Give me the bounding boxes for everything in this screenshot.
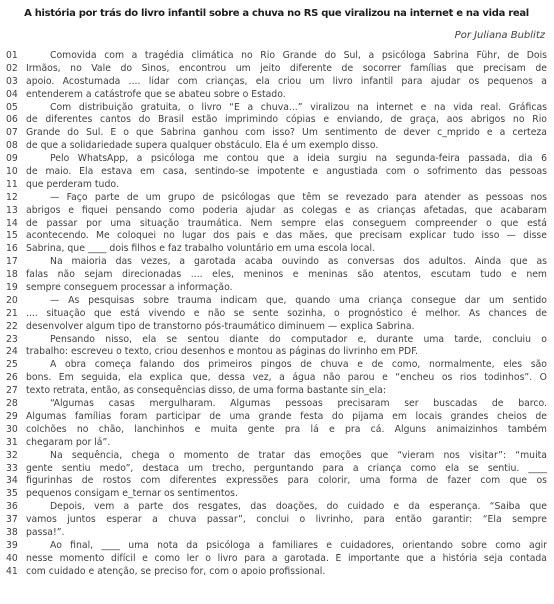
line-text: Com distribuição gratuita, o livro “E a … bbox=[26, 102, 547, 115]
text-line: 07 Grande do Sul. E o que Sabrina ganhou… bbox=[6, 127, 547, 140]
text-line: 15 acontecendo. Me coloquei no lugar dos… bbox=[6, 230, 547, 243]
line-text: — As pesquisas sobre trauma indicam que,… bbox=[26, 295, 547, 308]
line-text: de diferentes cantos do Brasil estão imp… bbox=[26, 114, 547, 127]
text-line: 30 colchões no chão, lanchinhos e muita … bbox=[6, 424, 547, 437]
line-number: 37 bbox=[6, 514, 26, 527]
line-number: 15 bbox=[6, 230, 26, 243]
text-line: 38 passa!”. bbox=[6, 527, 547, 540]
line-number: 12 bbox=[6, 192, 26, 205]
line-text: Depois, vem a parte dos resgates, das do… bbox=[26, 501, 547, 514]
line-text: Sabrina, que ____ dois filhos e faz trab… bbox=[26, 243, 547, 256]
line-text: texto retrata, então, as consequências d… bbox=[26, 385, 547, 398]
line-text: que perderam tudo. bbox=[26, 179, 547, 192]
line-text: Pelo WhatsApp, a psicóloga me contou que… bbox=[26, 153, 547, 166]
line-number: 34 bbox=[6, 475, 26, 488]
line-number: 33 bbox=[6, 463, 26, 476]
line-text: passa!”. bbox=[26, 527, 547, 540]
text-line: 36 Depois, vem a parte dos resgates, das… bbox=[6, 501, 547, 514]
line-number: 17 bbox=[6, 256, 26, 269]
line-number: 18 bbox=[6, 269, 26, 282]
line-text: apoio. Acostumada .... lidar com criança… bbox=[26, 76, 547, 89]
line-text: falas não sejam direcionadas .... eles, … bbox=[26, 269, 547, 282]
text-line: 03 apoio. Acostumada .... lidar com cria… bbox=[6, 76, 547, 89]
line-number: 10 bbox=[6, 166, 26, 179]
line-number: 41 bbox=[6, 566, 26, 579]
line-number: 23 bbox=[6, 334, 26, 347]
line-number: 06 bbox=[6, 114, 26, 127]
text-line: 27 texto retrata, então, as consequência… bbox=[6, 385, 547, 398]
line-text: figurinhas de rostos com diferentes expr… bbox=[26, 475, 547, 488]
text-line: 22 desenvolver algum tipo de transtorno … bbox=[6, 321, 547, 334]
text-line: 28 “Algumas casas mergulharam. Algumas p… bbox=[6, 398, 547, 411]
text-line: 31 chegaram por lá”. bbox=[6, 437, 547, 450]
document-page: A história por trás do livro infantil so… bbox=[0, 0, 554, 604]
text-line: 32 Na sequência, chega o momento de trat… bbox=[6, 450, 547, 463]
text-line: 35 pequenos consigam e_ternar os sentime… bbox=[6, 488, 547, 501]
line-number: 05 bbox=[6, 102, 26, 115]
line-text: Na sequência, chega o momento de tratar … bbox=[26, 450, 547, 463]
line-number: 30 bbox=[6, 424, 26, 437]
text-line: 41 com cuidado e atenção, se preciso for… bbox=[6, 566, 547, 579]
line-text: acontecendo. Me coloquei no lugar dos pa… bbox=[26, 230, 547, 243]
text-line: 37 vamos juntos esperar a chuva passar”,… bbox=[6, 514, 547, 527]
line-number: 20 bbox=[6, 295, 26, 308]
text-line: 14 de passar por uma situação traumática… bbox=[6, 218, 547, 231]
line-number: 27 bbox=[6, 385, 26, 398]
text-line: 06 de diferentes cantos do Brasil estão … bbox=[6, 114, 547, 127]
line-number: 16 bbox=[6, 243, 26, 256]
line-number: 13 bbox=[6, 205, 26, 218]
line-text: abrigos e fiquei pensando como poderia a… bbox=[26, 205, 547, 218]
line-text: Grande do Sul. E o que Sabrina ganhou co… bbox=[26, 127, 547, 140]
line-text: Comovida com a tragédia climática no Rio… bbox=[26, 50, 547, 63]
text-line: 34 figurinhas de rostos com diferentes e… bbox=[6, 475, 547, 488]
line-number: 03 bbox=[6, 76, 26, 89]
text-line: 16 Sabrina, que ____ dois filhos e faz t… bbox=[6, 243, 547, 256]
text-line: 19 sempre conseguem processar a informaç… bbox=[6, 282, 547, 295]
line-number: 25 bbox=[6, 359, 26, 372]
line-text: vamos juntos esperar a chuva passar”, co… bbox=[26, 514, 547, 527]
text-line: 02 Irmãos, no Vale do Sinos, encontrou u… bbox=[6, 63, 547, 76]
text-line: 39 Ao final, ____ uma nota da psicóloga … bbox=[6, 540, 547, 553]
line-text: trabalho: escreveu o texto, criou desenh… bbox=[26, 346, 547, 359]
article-title: A história por trás do livro infantil so… bbox=[6, 6, 547, 21]
line-number: 40 bbox=[6, 553, 26, 566]
line-number: 14 bbox=[6, 218, 26, 231]
text-line: 24 trabalho: escreveu o texto, criou des… bbox=[6, 346, 547, 359]
line-number: 26 bbox=[6, 372, 26, 385]
text-line: 13 abrigos e fiquei pensando como poderi… bbox=[6, 205, 547, 218]
line-number: 04 bbox=[6, 89, 26, 102]
line-text: Pensando nisso, ela se sentou diante do … bbox=[26, 334, 547, 347]
line-number: 09 bbox=[6, 153, 26, 166]
text-line: 01 Comovida com a tragédia climática no … bbox=[6, 50, 547, 63]
text-line: 10 de maio. Ela estava em casa, sentindo… bbox=[6, 166, 547, 179]
text-line: 40 nesse momento difícil e como ler o li… bbox=[6, 553, 547, 566]
text-line: 23 Pensando nisso, ela se sentou diante … bbox=[6, 334, 547, 347]
text-line: 08 de que a solidariedade supera qualque… bbox=[6, 140, 547, 153]
line-text: de maio. Ela estava em casa, sentindo-se… bbox=[26, 166, 547, 179]
line-text: Algumas famílias foram participar de uma… bbox=[26, 411, 547, 424]
line-number: 38 bbox=[6, 527, 26, 540]
line-text: Irmãos, no Vale do Sinos, encontrou um j… bbox=[26, 63, 547, 76]
line-number: 21 bbox=[6, 308, 26, 321]
line-number: 11 bbox=[6, 179, 26, 192]
line-text: .... situação que está vivendo e não se … bbox=[26, 308, 547, 321]
line-number: 08 bbox=[6, 140, 26, 153]
line-number: 35 bbox=[6, 488, 26, 501]
line-number: 19 bbox=[6, 282, 26, 295]
line-text: Ao final, ____ uma nota da psicóloga a f… bbox=[26, 540, 547, 553]
line-number: 24 bbox=[6, 346, 26, 359]
numbered-text-block: 01 Comovida com a tragédia climática no … bbox=[6, 50, 547, 579]
line-number: 29 bbox=[6, 411, 26, 424]
line-text: pequenos consigam e_ternar os sentimento… bbox=[26, 488, 547, 501]
line-text: sempre conseguem processar a informação. bbox=[26, 282, 547, 295]
text-line: 05 Com distribuição gratuita, o livro “E… bbox=[6, 102, 547, 115]
line-number: 32 bbox=[6, 450, 26, 463]
line-text: de que a solidariedade supera qualquer o… bbox=[26, 140, 547, 153]
text-line: 21 .... situação que está vivendo e não … bbox=[6, 308, 547, 321]
line-number: 01 bbox=[6, 50, 26, 63]
text-line: 04 entenderem a catástrofe que se abateu… bbox=[6, 89, 547, 102]
line-number: 07 bbox=[6, 127, 26, 140]
line-number: 39 bbox=[6, 540, 26, 553]
text-line: 12 — Faço parte de um grupo de psicóloga… bbox=[6, 192, 547, 205]
line-text: — Faço parte de um grupo de psicólogas q… bbox=[26, 192, 547, 205]
text-line: 17 Na maioria das vezes, a garotada acab… bbox=[6, 256, 547, 269]
text-line: 18 falas não sejam direcionadas .... ele… bbox=[6, 269, 547, 282]
article-byline: Por Juliana Bublitz bbox=[6, 30, 545, 41]
line-text: colchões no chão, lanchinhos e muita gen… bbox=[26, 424, 547, 437]
line-number: 22 bbox=[6, 321, 26, 334]
line-text: com cuidado e atenção, se preciso for, c… bbox=[26, 566, 547, 579]
line-number: 36 bbox=[6, 501, 26, 514]
text-line: 09 Pelo WhatsApp, a psicóloga me contou … bbox=[6, 153, 547, 166]
line-text: A obra começa falando dos primeiros ping… bbox=[26, 359, 547, 372]
line-text: nesse momento difícil e como ler o livro… bbox=[26, 553, 547, 566]
line-number: 02 bbox=[6, 63, 26, 76]
text-line: 29 Algumas famílias foram participar de … bbox=[6, 411, 547, 424]
line-text: “Algumas casas mergulharam. Algumas pess… bbox=[26, 398, 547, 411]
line-text: Na maioria das vezes, a garotada acaba o… bbox=[26, 256, 547, 269]
line-number: 28 bbox=[6, 398, 26, 411]
line-text: entenderem a catástrofe que se abateu so… bbox=[26, 89, 547, 102]
line-text: bons. Em seguida, ela explica que, dessa… bbox=[26, 372, 547, 385]
text-line: 25 A obra começa falando dos primeiros p… bbox=[6, 359, 547, 372]
line-text: de passar por uma situação traumática. N… bbox=[26, 218, 547, 231]
text-line: 11 que perderam tudo. bbox=[6, 179, 547, 192]
text-line: 33 gente sentiu medo”, destaca um trecho… bbox=[6, 463, 547, 476]
line-text: chegaram por lá”. bbox=[26, 437, 547, 450]
line-text: desenvolver algum tipo de transtorno pós… bbox=[26, 321, 547, 334]
line-number: 31 bbox=[6, 437, 26, 450]
line-text: gente sentiu medo”, destaca um trecho, p… bbox=[26, 463, 547, 476]
text-line: 20 — As pesquisas sobre trauma indicam q… bbox=[6, 295, 547, 308]
text-line: 26 bons. Em seguida, ela explica que, de… bbox=[6, 372, 547, 385]
